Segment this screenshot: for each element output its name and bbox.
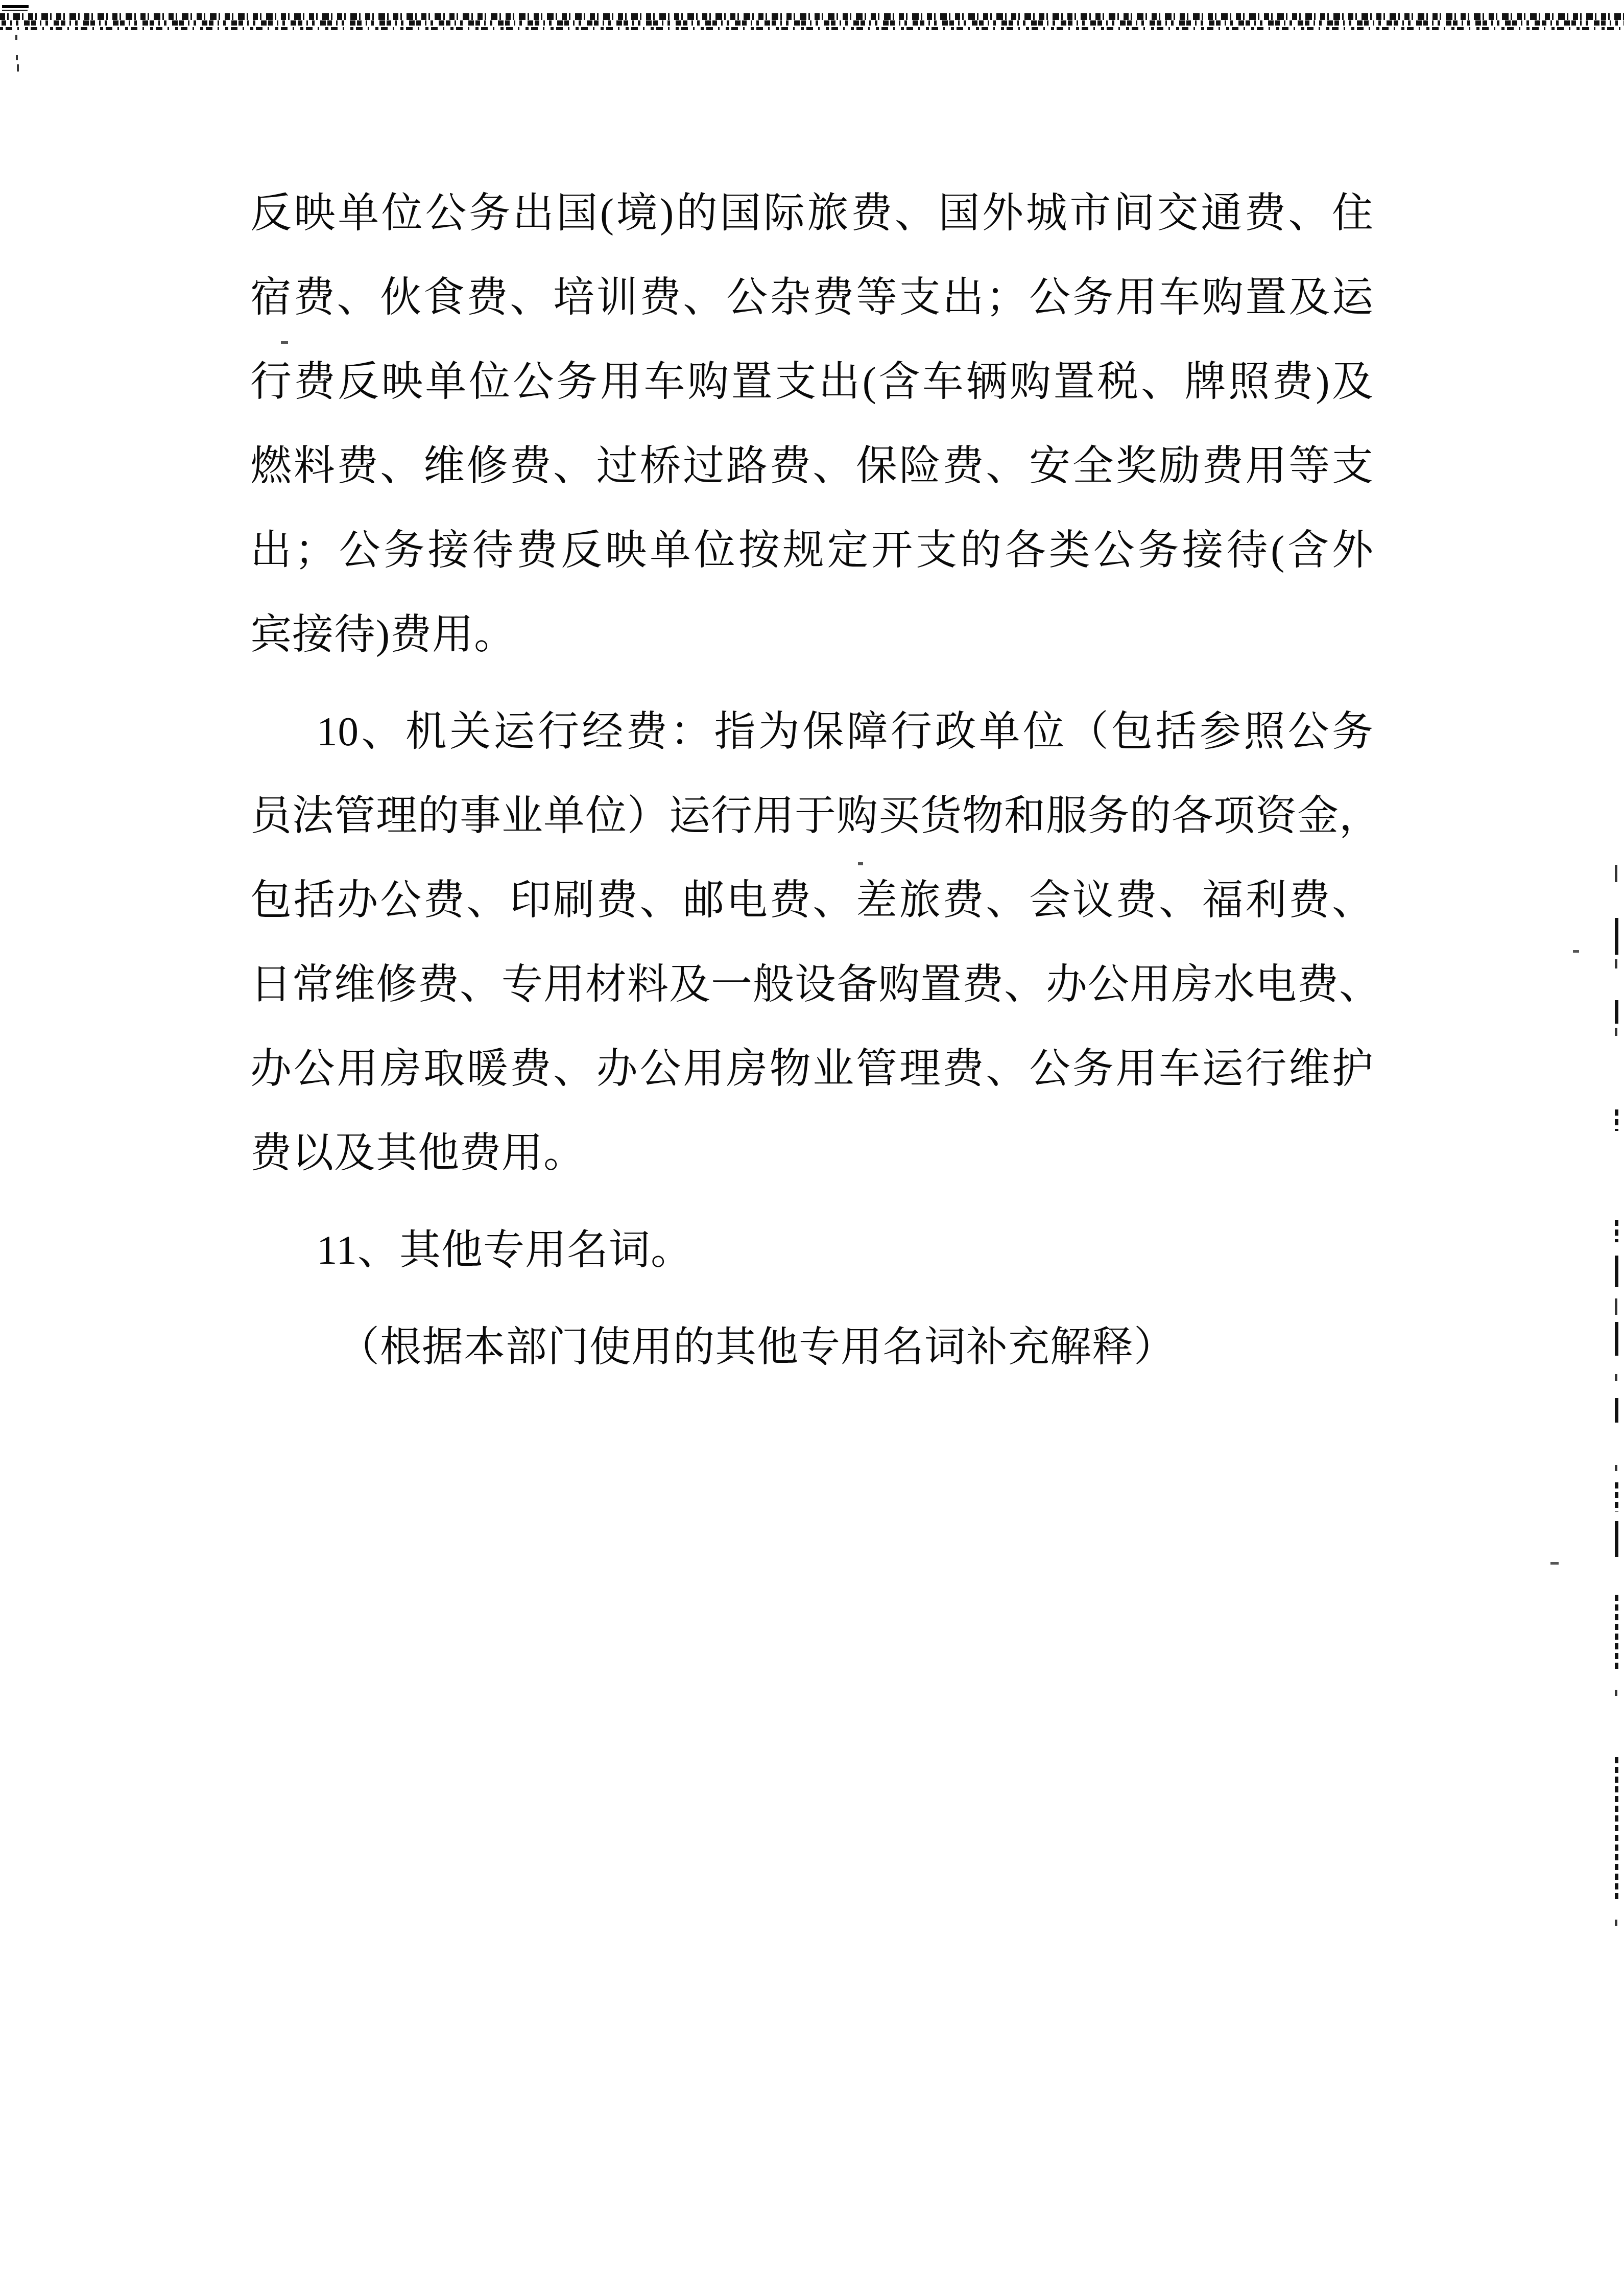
text-line: 11、其他专用名词。 [250,1208,1374,1292]
scan-artifact-right-edge [1615,1521,1618,1557]
scan-artifact-right-edge [1615,918,1618,955]
text-line: 日常维修费、专用材料及一般设备购置费、办公用房水电费、 [250,942,1374,1027]
paragraph-supplementary-note: （根据本部门使用的其他专用名词补充解释） [250,1305,1374,1389]
scan-artifact-right-edge [1615,1322,1618,1356]
scan-artifact-right-edge [1615,1690,1617,1696]
paragraph-item-10-operating-funds: 10、机关运行经费：指为保障行政单位（包括参照公务 员法管理的事业单位）运行用于… [250,690,1374,1195]
scan-artifact-right-edge [1615,1298,1617,1315]
text-line: 反映单位公务出国(境)的国际旅费、国外城市间交通费、住 [250,171,1374,255]
scan-artifact-right-edge [1615,1256,1618,1287]
scan-artifact [17,64,19,72]
scan-artifact-right-edge [1615,1374,1617,1381]
scan-artifact-corner-bar [2,10,28,11]
scan-artifact-right-edge [1615,1109,1618,1131]
text-line: 行费反映单位公务用车购置支出(含车辆购置税、牌照费)及 [250,340,1374,424]
scan-artifact-right-edge [1615,1398,1618,1423]
scan-artifact [1550,1562,1559,1565]
scanned-document-page: 反映单位公务出国(境)的国际旅费、国外城市间交通费、住 宿费、伙食费、培训费、公… [0,0,1624,2293]
text-line: （根据本部门使用的其他专用名词补充解释） [250,1305,1374,1389]
scan-artifact-right-edge [1615,1757,1618,1899]
scan-artifact-right-edge [1615,1920,1617,1926]
text-line: 宾接待)费用。 [250,593,1374,677]
paragraph-item-11-other-terms: 11、其他专用名词。 [250,1208,1374,1292]
text-line: 包括办公费、印刷费、邮电费、差旅费、会议费、福利费、 [250,858,1374,942]
scan-artifact-right-edge [1615,1220,1618,1242]
scan-artifact [281,341,288,344]
text-line: 10、机关运行经费：指为保障行政单位（包括参照公务 [250,690,1374,774]
scan-artifact-right-edge [1615,1595,1618,1669]
scan-artifact [15,35,17,40]
scan-artifact-right-edge [1615,1028,1617,1036]
text-line: 燃料费、维修费、过桥过路费、保险费、安全奖励费用等支 [250,424,1374,508]
text-line: 费以及其他费用。 [250,1111,1374,1195]
text-line: 员法管理的事业单位）运行用于购买货物和服务的各项资金， [250,774,1374,858]
scan-noise-band [0,13,1624,32]
scan-artifact-right-edge [1615,959,1617,968]
text-line: 出；公务接待费反映单位按规定开支的各类公务接待(含外 [250,508,1374,593]
paragraph-travel-vehicle-expense: 反映单位公务出国(境)的国际旅费、国外城市间交通费、住 宿费、伙食费、培训费、公… [250,171,1374,677]
scan-artifact [1573,950,1579,953]
scan-artifact [858,862,863,865]
text-line: 办公用房取暖费、办公用房物业管理费、公务用车运行维护 [250,1027,1374,1111]
scan-artifact [16,55,18,60]
scan-artifact-right-edge [1615,865,1617,882]
scan-artifact-corner-bar [2,5,29,8]
scan-artifact-right-edge [1615,1000,1618,1024]
scan-artifact-right-edge [1615,1482,1618,1512]
scan-artifact-right-edge [1615,1465,1617,1471]
text-line: 宿费、伙食费、培训费、公杂费等支出；公务用车购置及运 [250,255,1374,340]
